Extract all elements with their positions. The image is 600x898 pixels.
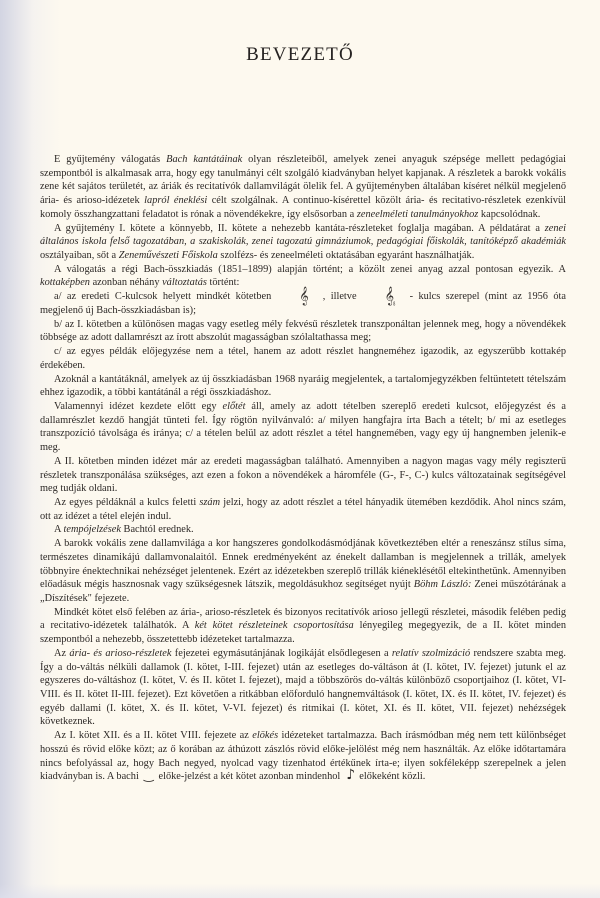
text-run: A II. kötetben minden idézet már az ered… xyxy=(40,456,566,494)
text-run: azonban néhány xyxy=(90,277,162,288)
text-run: E gyűjtemény válogatás xyxy=(54,154,166,165)
paragraph: c/ az egyes példák előjegyzése nem a tét… xyxy=(40,345,566,372)
paragraph: A barokk vokális zene dallamvilága a kor… xyxy=(40,537,566,606)
text-run: osztályaiban, sőt a xyxy=(40,250,119,261)
emphasis-text: elökés xyxy=(252,730,278,741)
tenor-g-clef-icon: 𝄠 xyxy=(371,291,396,301)
emphasis-text: zeneelméleti tanulmányokhoz xyxy=(357,209,479,220)
emphasis-text: relatív szolmizáció xyxy=(392,648,470,659)
emphasis-text: ária- és arioso-részletek xyxy=(69,648,171,659)
emphasis-text: változtatás xyxy=(162,277,207,288)
text-run: előkeként közli. xyxy=(359,771,425,782)
text-run: A gyűjtemény I. kötete a könnyebb, II. k… xyxy=(54,223,545,234)
text-run: Valamennyi idézet kezdete előtt egy xyxy=(54,401,223,412)
text-run: A válogatás a régi Bach-összkiadás (1851… xyxy=(54,264,566,275)
emphasis-text: lapról éneklési xyxy=(144,195,207,206)
emphasis-text: Bach kantátáinak xyxy=(166,154,242,165)
page-bottom-shadow xyxy=(0,884,600,898)
text-run: Az I. kötet XII. és a II. kötet VIII. fe… xyxy=(54,730,252,741)
paragraph: Az I. kötet XII. és a II. kötet VIII. fe… xyxy=(40,729,566,784)
paragraph: a/ az eredeti C-kulcsok helyett mindkét … xyxy=(40,290,566,317)
text-run: előke-jelzést a két kötet azonban minden… xyxy=(158,771,340,782)
treble-clef-icon: 𝄞 xyxy=(285,291,308,301)
text-run: kapcsolódnak. xyxy=(478,209,540,220)
text-run: Azoknál a kantátáknál, amelyek az új öss… xyxy=(40,374,566,399)
emphasis-text: két kötet részleteinek csoportosítása xyxy=(195,620,354,631)
paragraph: Azoknál a kantátáknál, amelyek az új öss… xyxy=(40,373,566,400)
emphasis-text: kottaképben xyxy=(40,277,90,288)
text-run: c/ az egyes példák előjegyzése nem a tét… xyxy=(40,346,566,371)
emphasis-text: Böhm László: xyxy=(414,579,472,590)
paragraph: Mindkét kötet első felében az ária-, ari… xyxy=(40,606,566,647)
text-run: A xyxy=(54,524,64,535)
body-text: E gyűjtemény válogatás Bach kantátáinak … xyxy=(40,153,566,784)
text-run: Az egyes példáknál a kulcs feletti xyxy=(54,497,199,508)
emphasis-text: tempójelzések xyxy=(64,524,121,535)
paragraph: b/ az I. kötetben a különösen magas vagy… xyxy=(40,318,566,345)
paragraph: Az egyes példáknál a kulcs feletti szám … xyxy=(40,496,566,523)
appoggiatura-mark-icon: ‿ xyxy=(144,768,154,782)
paragraph: A tempójelzések Bachtól erednek. xyxy=(40,523,566,537)
text-run: Az xyxy=(54,648,69,659)
emphasis-text: előtét xyxy=(223,401,246,412)
paragraph: Az ária- és arioso-részletek fejezetei e… xyxy=(40,647,566,729)
text-run: a/ az eredeti C-kulcsok helyett mindkét … xyxy=(54,291,271,302)
paragraph: A II. kötetben minden idézet már az ered… xyxy=(40,455,566,496)
eighth-note-icon: ♪ xyxy=(346,767,355,783)
text-run: történt: xyxy=(207,277,239,288)
text-run: b/ az I. kötetben a különösen magas vagy… xyxy=(40,319,566,344)
text-run: fejezetei egymásutánjának logikáját első… xyxy=(171,648,391,659)
text-run: Bachtól erednek. xyxy=(121,524,194,535)
text-run: , illetve xyxy=(323,291,357,302)
text-run: szolfézs- és zeneelméleti oktatásában eg… xyxy=(218,250,474,261)
page-title: BEVEZETŐ xyxy=(0,44,600,66)
emphasis-text: Zeneművészeti Főiskola xyxy=(119,250,218,261)
paragraph: A gyűjtemény I. kötete a könnyebb, II. k… xyxy=(40,222,566,263)
paragraph: Valamennyi idézet kezdete előtt egy előt… xyxy=(40,400,566,455)
text-run: rendszere szabta meg. Így a do-váltás né… xyxy=(40,648,566,728)
paragraph: E gyűjtemény válogatás Bach kantátáinak … xyxy=(40,153,566,222)
emphasis-text: szám xyxy=(199,497,220,508)
